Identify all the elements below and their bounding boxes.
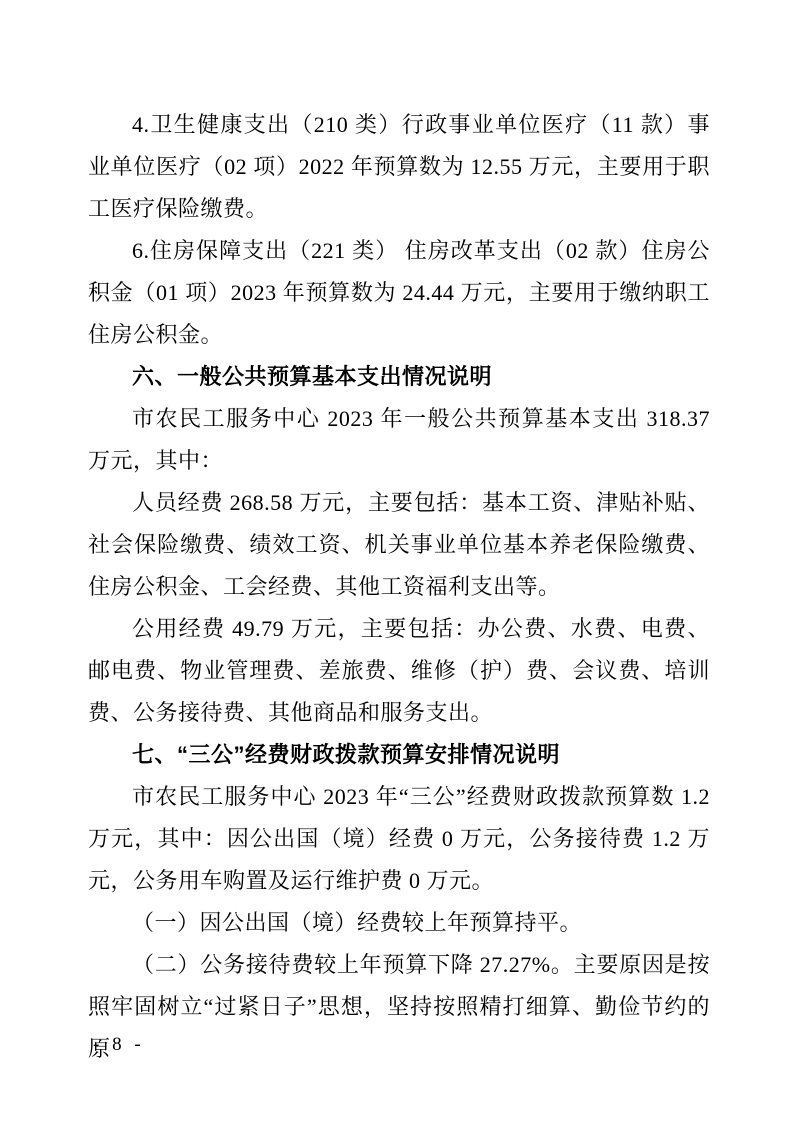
document-body: 4.卫生健康支出（210 类）行政事业单位医疗（11 款）事业单位医疗（02 项… [88, 104, 710, 1070]
paragraph-personnel-funds: 人员经费 268.58 万元，主要包括：基本工资、津贴补贴、社会保险缴费、绩效工… [88, 482, 710, 608]
paragraph-health-expenditure: 4.卫生健康支出（210 类）行政事业单位医疗（11 款）事业单位医疗（02 项… [88, 104, 710, 230]
document-page: 4.卫生健康支出（210 类）行政事业单位医疗（11 款）事业单位医疗（02 项… [0, 0, 793, 1122]
page-number: - 8 - [93, 1032, 145, 1058]
section-heading-basic-expenditure: 六、一般公共预算基本支出情况说明 [88, 356, 710, 398]
paragraph-official-reception-funds: （二）公务接待费较上年预算下降 27.27%。主要原因是按照牢固树立“过紧日子”… [88, 944, 710, 1070]
paragraph-public-funds: 公用经费 49.79 万元，主要包括：办公费、水费、电费、邮电费、物业管理费、差… [88, 608, 710, 734]
paragraph-housing-expenditure: 6.住房保障支出（221 类） 住房改革支出（02 款）住房公积金（01 项）2… [88, 230, 710, 356]
paragraph-overseas-travel-funds: （一）因公出国（境）经费较上年预算持平。 [88, 902, 710, 944]
section-heading-three-public-funds: 七、“三公”经费财政拨款预算安排情况说明 [88, 734, 710, 776]
paragraph-basic-expenditure-total: 市农民工服务中心 2023 年一般公共预算基本支出 318.37 万元，其中： [88, 398, 710, 482]
paragraph-three-public-funds-total: 市农民工服务中心 2023 年“三公”经费财政拨款预算数 1.2 万元，其中：因… [88, 776, 710, 902]
